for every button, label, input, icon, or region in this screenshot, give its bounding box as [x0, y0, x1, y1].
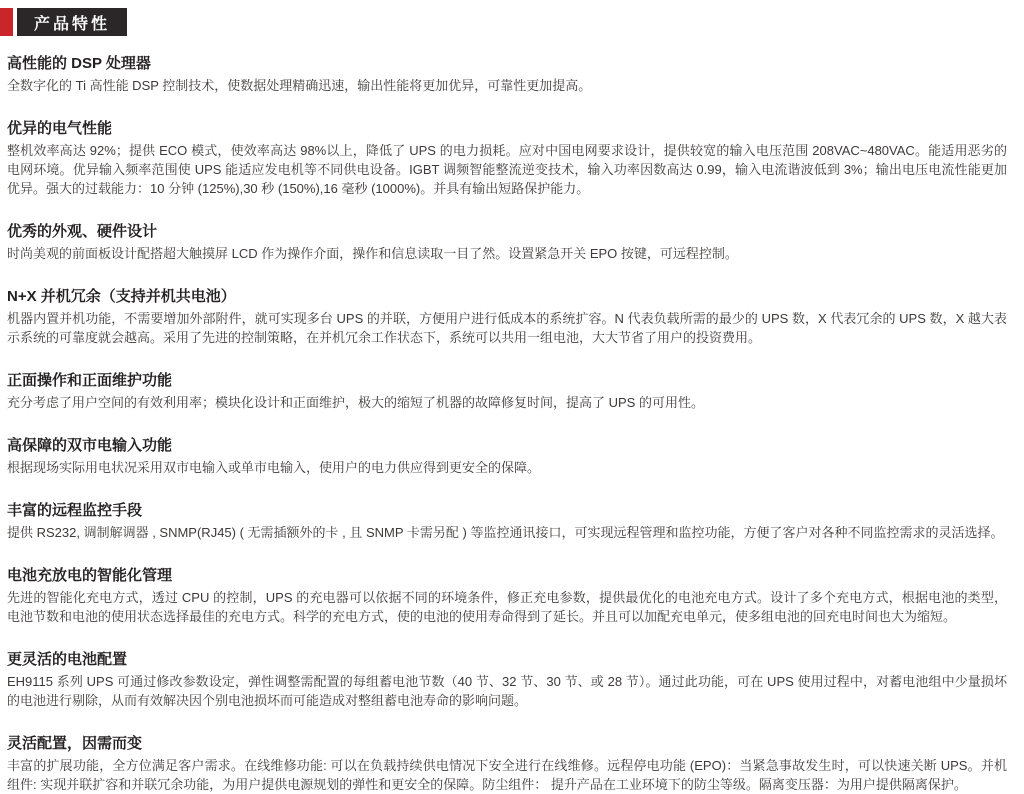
feature-section-battery-management: 电池充放电的智能化管理 先进的智能化充电方式，透过 CPU 的控制，UPS 的充…: [7, 566, 1007, 626]
section-title: 正面操作和正面维护功能: [7, 371, 1007, 391]
feature-section-battery-configuration: 更灵活的电池配置 EH9115 系列 UPS 可通过修改参数设定，弹性调整需配置…: [7, 650, 1007, 710]
section-title: 更灵活的电池配置: [7, 650, 1007, 670]
section-body: 机器内置并机功能，不需要增加外部附件，就可实现多台 UPS 的并联，方便用户进行…: [7, 309, 1007, 347]
feature-sections: 高性能的 DSP 处理器 全数字化的 Ti 高性能 DSP 控制技术，使数据处理…: [0, 54, 1016, 794]
section-title: 灵活配置，因需而变: [7, 734, 1007, 754]
feature-section-dual-mains-input: 高保障的双市电输入功能 根据现场实际用电状况采用双市电输入或单市电输入，使用户的…: [7, 436, 1007, 477]
section-body: 丰富的扩展功能，全方位满足客户需求。在线维修功能: 可以在负载持续供电情况下安全…: [7, 756, 1007, 794]
section-header-badge: 产品特性: [17, 8, 127, 36]
section-header: 产品特性: [0, 8, 1016, 36]
section-title: 优秀的外观、硬件设计: [7, 222, 1007, 242]
section-body: EH9115 系列 UPS 可通过修改参数设定，弹性调整需配置的每组蓄电池节数（…: [7, 672, 1007, 710]
feature-section-front-maintenance: 正面操作和正面维护功能 充分考虑了用户空间的有效利用率；模块化设计和正面维护，极…: [7, 371, 1007, 412]
feature-section-remote-monitoring: 丰富的远程监控手段 提供 RS232, 调制解调器 , SNMP(RJ45) (…: [7, 501, 1007, 542]
section-body: 整机效率高达 92%；提供 ECO 模式，使效率高达 98%以上，降低了 UPS…: [7, 141, 1007, 198]
section-body: 提供 RS232, 调制解调器 , SNMP(RJ45) ( 无需插额外的卡 ,…: [7, 523, 1007, 542]
section-title: 丰富的远程监控手段: [7, 501, 1007, 521]
section-title: 高性能的 DSP 处理器: [7, 54, 1007, 74]
section-title: 电池充放电的智能化管理: [7, 566, 1007, 586]
red-accent-bar: [0, 8, 13, 36]
feature-section-design: 优秀的外观、硬件设计 时尚美观的前面板设计配搭超大触摸屏 LCD 作为操作介面，…: [7, 222, 1007, 263]
section-body: 全数字化的 Ti 高性能 DSP 控制技术，使数据处理精确迅速，输出性能将更加优…: [7, 76, 1007, 95]
section-title: N+X 并机冗余（支持并机共电池）: [7, 287, 1007, 307]
feature-section-parallel-redundancy: N+X 并机冗余（支持并机共电池） 机器内置并机功能，不需要增加外部附件，就可实…: [7, 287, 1007, 347]
section-body: 时尚美观的前面板设计配搭超大触摸屏 LCD 作为操作介面，操作和信息读取一目了然…: [7, 244, 1007, 263]
feature-section-dsp: 高性能的 DSP 处理器 全数字化的 Ti 高性能 DSP 控制技术，使数据处理…: [7, 54, 1007, 95]
section-body: 先进的智能化充电方式，透过 CPU 的控制，UPS 的充电器可以依据不同的环境条…: [7, 588, 1007, 626]
product-features-page: 产品特性 高性能的 DSP 处理器 全数字化的 Ti 高性能 DSP 控制技术，…: [0, 0, 1024, 794]
feature-section-flexible-configuration: 灵活配置，因需而变 丰富的扩展功能，全方位满足客户需求。在线维修功能: 可以在负…: [7, 734, 1007, 794]
section-title: 优异的电气性能: [7, 119, 1007, 139]
section-body: 充分考虑了用户空间的有效利用率；模块化设计和正面维护，极大的缩短了机器的故障修复…: [7, 393, 1007, 412]
badge-label: 产品特性: [34, 11, 110, 34]
section-title: 高保障的双市电输入功能: [7, 436, 1007, 456]
section-body: 根据现场实际用电状况采用双市电输入或单市电输入，使用户的电力供应得到更安全的保障…: [7, 458, 1007, 477]
feature-section-electrical: 优异的电气性能 整机效率高达 92%；提供 ECO 模式，使效率高达 98%以上…: [7, 119, 1007, 198]
